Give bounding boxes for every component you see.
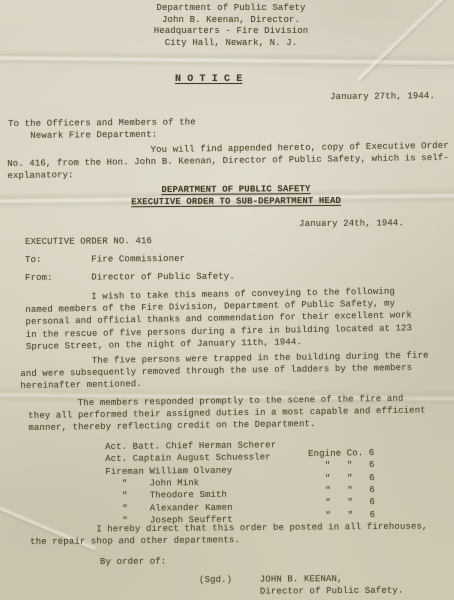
fold-crease-top — [0, 49, 454, 70]
letterhead: Department of Public Safety John B. Keen… — [0, 3, 454, 49]
intro-paragraph: You will find appended hereto, copy of E… — [7, 140, 449, 183]
roster-companies: Engine Co. 6 " " 6 " " 6 " " 6 " " 6 " "… — [308, 447, 375, 522]
notice-title: N O T I C E — [175, 74, 242, 86]
roster-names: Act. Batt. Chief Herman Scherer Act. Cap… — [105, 439, 277, 527]
order-date: January 24th, 1944. — [299, 217, 404, 230]
paragraph-1: I wish to take this means of conveying t… — [25, 285, 412, 353]
salutation: To the Officers and Members of the Newar… — [8, 116, 196, 142]
order-heading: DEPARTMENT OF PUBLIC SAFETY EXECUTIVE OR… — [0, 183, 454, 209]
paragraph-3: The members responded promptly to the sc… — [28, 392, 426, 434]
scanned-document: Department of Public Safety John B. Keen… — [0, 0, 454, 600]
signature-block: (Sgd.) JOHN B. KEENAN, Director of Publi… — [199, 573, 403, 599]
notice-date: January 27th, 1944. — [330, 90, 435, 103]
closing-paragraph: I hereby direct that this order be poste… — [30, 521, 428, 549]
order-number: EXECUTIVE ORDER NO. 416 — [25, 235, 152, 248]
to-line: To: Fire Commissioner — [25, 253, 185, 266]
from-line: From: Director of Public Safety. — [25, 271, 235, 285]
by-order-line: By order of: — [100, 556, 166, 569]
paragraph-2: The five persons were trapped in the bui… — [20, 350, 429, 393]
